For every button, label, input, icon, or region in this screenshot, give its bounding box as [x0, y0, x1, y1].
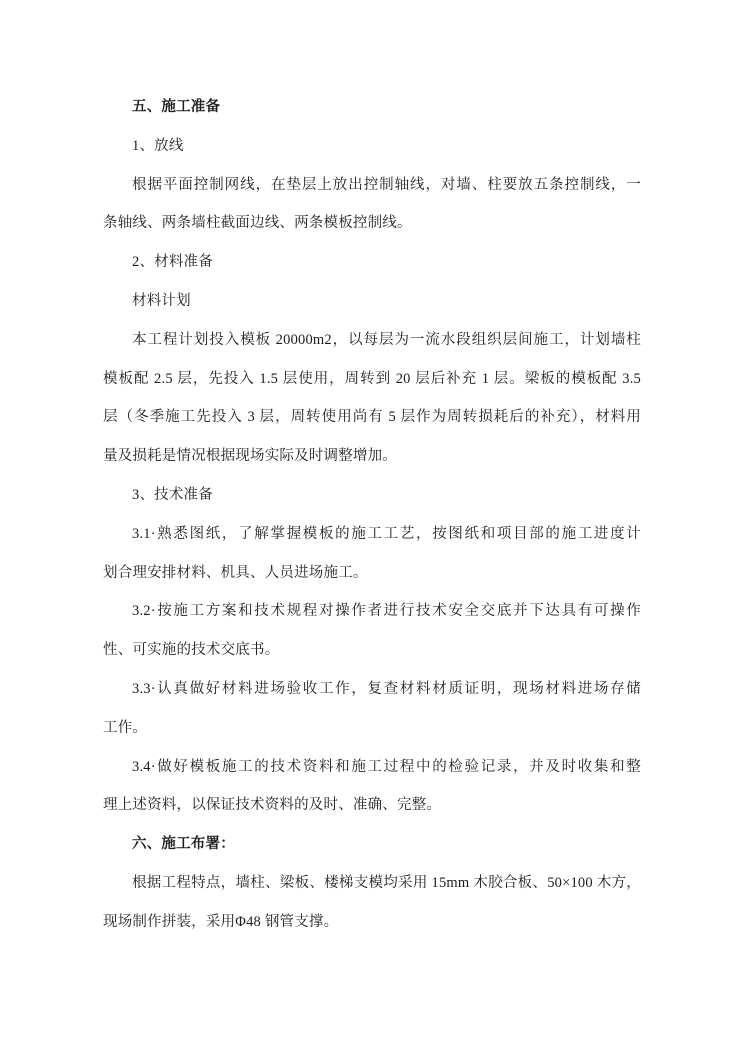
sub-heading-technical-preparation: 3、技术准备 [103, 476, 641, 515]
sub-heading-text: 2、材料准备 [103, 243, 641, 282]
sub-heading-text: 材料计划 [103, 282, 641, 321]
document-content: 五、施工准备 1、放线 根据平面控制网线，在垫层上放出控制轴线，对墙、柱要放五条… [103, 88, 641, 942]
heading-text: 五、施工准备 [103, 88, 641, 127]
text-line: 性、可实施的技术交底书。 [103, 631, 641, 670]
paragraph-material-plan: 本工程计划投入模板 20000m2，以每层为一流水段组织层间施工，计划墙柱 模板… [103, 321, 641, 476]
text-line: 模板配 2.5 层，先投入 1.5 层使用，周转到 20 层后补充 1 层。梁板… [103, 360, 641, 399]
text-line: 划合理安排材料、机具、人员进场施工。 [103, 554, 641, 593]
sub-heading-text: 1、放线 [103, 127, 641, 166]
text-line: 现场制作拼装，采用Φ48 钢管支撑。 [103, 903, 641, 942]
paragraph-3-4: 3.4·做好模板施工的技术资料和施工过程中的检验记录，并及时收集和整 理上述资料… [103, 748, 641, 826]
sub-heading-text: 3、技术准备 [103, 476, 641, 515]
sub-heading-material-plan: 材料计划 [103, 282, 641, 321]
text-line: 3.3·认真做好材料进场验收工作，复查材料材质证明，现场材料进场存储 [103, 670, 641, 709]
text-line: 3.1·熟悉图纸，了解掌握模板的施工工艺，按图纸和项目部的施工进度计 [103, 515, 641, 554]
text-line: 根据平面控制网线，在垫层上放出控制轴线，对墙、柱要放五条控制线，一 [103, 166, 641, 205]
paragraph-3-3: 3.3·认真做好材料进场验收工作，复查材料材质证明，现场材料进场存储 工作。 [103, 670, 641, 748]
text-line: 根据工程特点，墙柱、梁板、楼梯支模均采用 15mm 木胶合板、50×100 木方… [103, 864, 641, 903]
text-line: 本工程计划投入模板 20000m2，以每层为一流水段组织层间施工，计划墙柱 [103, 321, 641, 360]
sub-heading-material-preparation: 2、材料准备 [103, 243, 641, 282]
text-line: 量及损耗是情况根据现场实际及时调整增加。 [103, 437, 641, 476]
paragraph-3-2: 3.2·按施工方案和技术规程对操作者进行技术安全交底并下达具有可操作 性、可实施… [103, 592, 641, 670]
paragraph-line-layout: 根据平面控制网线，在垫层上放出控制轴线，对墙、柱要放五条控制线，一 条轴线、两条… [103, 166, 641, 244]
text-line: 理上述资料，以保证技术资料的及时、准确、完整。 [103, 786, 641, 825]
document-page: 五、施工准备 1、放线 根据平面控制网线，在垫层上放出控制轴线，对墙、柱要放五条… [0, 0, 744, 1052]
paragraph-3-1: 3.1·熟悉图纸，了解掌握模板的施工工艺，按图纸和项目部的施工进度计 划合理安排… [103, 515, 641, 593]
text-line: 3.4·做好模板施工的技术资料和施工过程中的检验记录，并及时收集和整 [103, 748, 641, 787]
heading-text: 六、施工布署： [103, 825, 641, 864]
text-line: 层（冬季施工先投入 3 层，周转使用尚有 5 层作为周转损耗后的补充），材料用 [103, 398, 641, 437]
sub-heading-line-layout: 1、放线 [103, 127, 641, 166]
text-line: 条轴线、两条墙柱截面边线、两条模板控制线。 [103, 204, 641, 243]
text-line: 工作。 [103, 709, 641, 748]
paragraph-construction-layout: 根据工程特点，墙柱、梁板、楼梯支模均采用 15mm 木胶合板、50×100 木方… [103, 864, 641, 942]
section-heading-construction-layout: 六、施工布署： [103, 825, 641, 864]
text-line: 3.2·按施工方案和技术规程对操作者进行技术安全交底并下达具有可操作 [103, 592, 641, 631]
section-heading-construction-preparation: 五、施工准备 [103, 88, 641, 127]
